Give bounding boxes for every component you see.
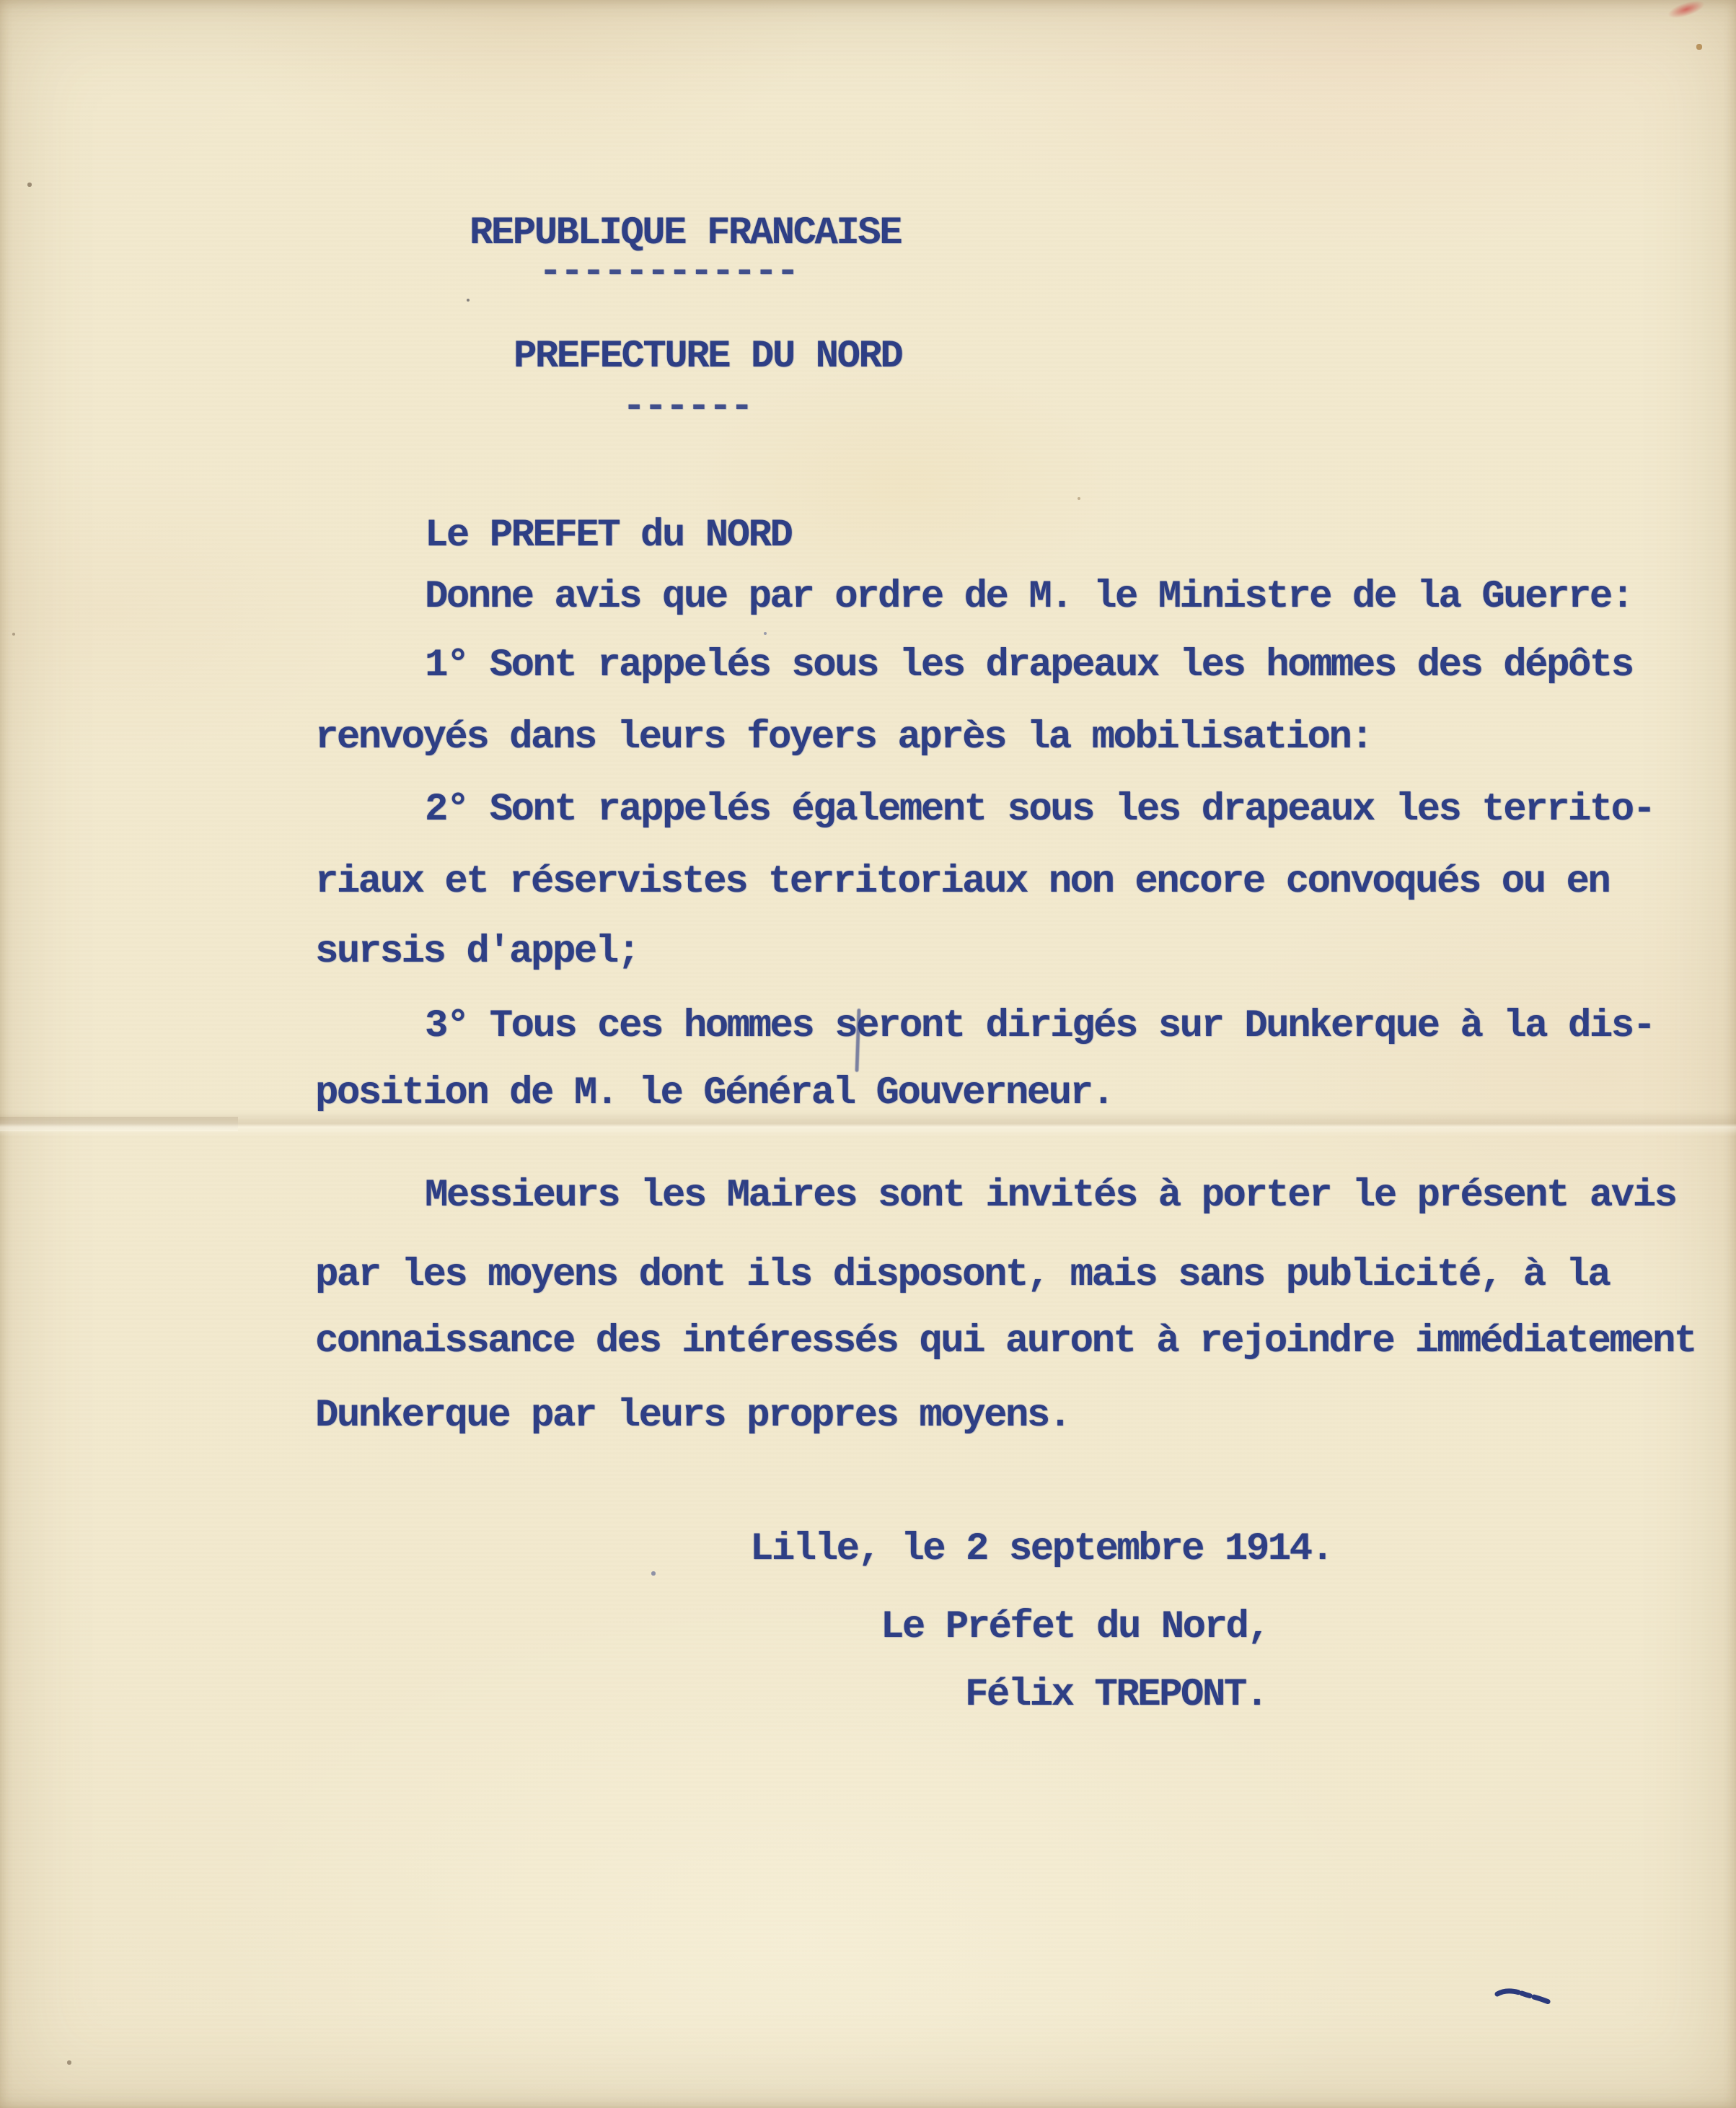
signature-name: Félix TREPONT. bbox=[965, 1673, 1267, 1718]
salutation-line: Le PREFET du NORD bbox=[425, 514, 791, 558]
item1-line1: 1° Sont rappelés sous les drapeaux les h… bbox=[425, 644, 1633, 688]
letterhead-prefecture: PREFECTURE DU NORD bbox=[514, 335, 902, 379]
fold-crease-left bbox=[0, 1117, 238, 1131]
red-stain bbox=[1666, 0, 1706, 22]
closing-line2: par les moyens dont ils disposont, mais … bbox=[315, 1253, 1609, 1298]
signature-place-date: Lille, le 2 septembre 1914. bbox=[750, 1527, 1332, 1572]
item3-line1: 3° Tous ces hommes seront dirigés sur Du… bbox=[425, 1004, 1655, 1049]
paper-specks bbox=[0, 0, 1, 1]
closing-line4: Dunkerque par leurs propres moyens. bbox=[315, 1394, 1070, 1439]
signature-title: Le Préfet du Nord, bbox=[881, 1605, 1269, 1650]
letterhead-prefecture-rule: ------ bbox=[622, 385, 752, 430]
item2-line2: riaux et réservistes territoriaux non en… bbox=[315, 860, 1609, 905]
letterhead-republic: REPUBLIQUE FRANCAISE bbox=[470, 211, 901, 256]
ink-mark bbox=[1492, 1982, 1564, 2014]
closing-line3: connaissance des intéressés qui auront à… bbox=[315, 1319, 1696, 1364]
letterhead-republic-rule: ------------ bbox=[539, 250, 798, 295]
fold-crease bbox=[0, 1111, 1736, 1136]
item1-line2: renvoyés dans leurs foyers après la mobi… bbox=[315, 716, 1372, 760]
intro-line: Donne avis que par ordre de M. le Minist… bbox=[425, 575, 1633, 620]
item3-line2: position de M. le Général Gouverneur. bbox=[315, 1071, 1114, 1116]
closing-line1: Messieurs les Maires sont invités à port… bbox=[425, 1174, 1676, 1218]
document-page: REPUBLIQUE FRANCAISE ------------ PREFEC… bbox=[0, 0, 1736, 2108]
item2-line1: 2° Sont rappelés également sous les drap… bbox=[425, 788, 1655, 833]
item2-line3: sursis d'appel; bbox=[315, 930, 639, 975]
